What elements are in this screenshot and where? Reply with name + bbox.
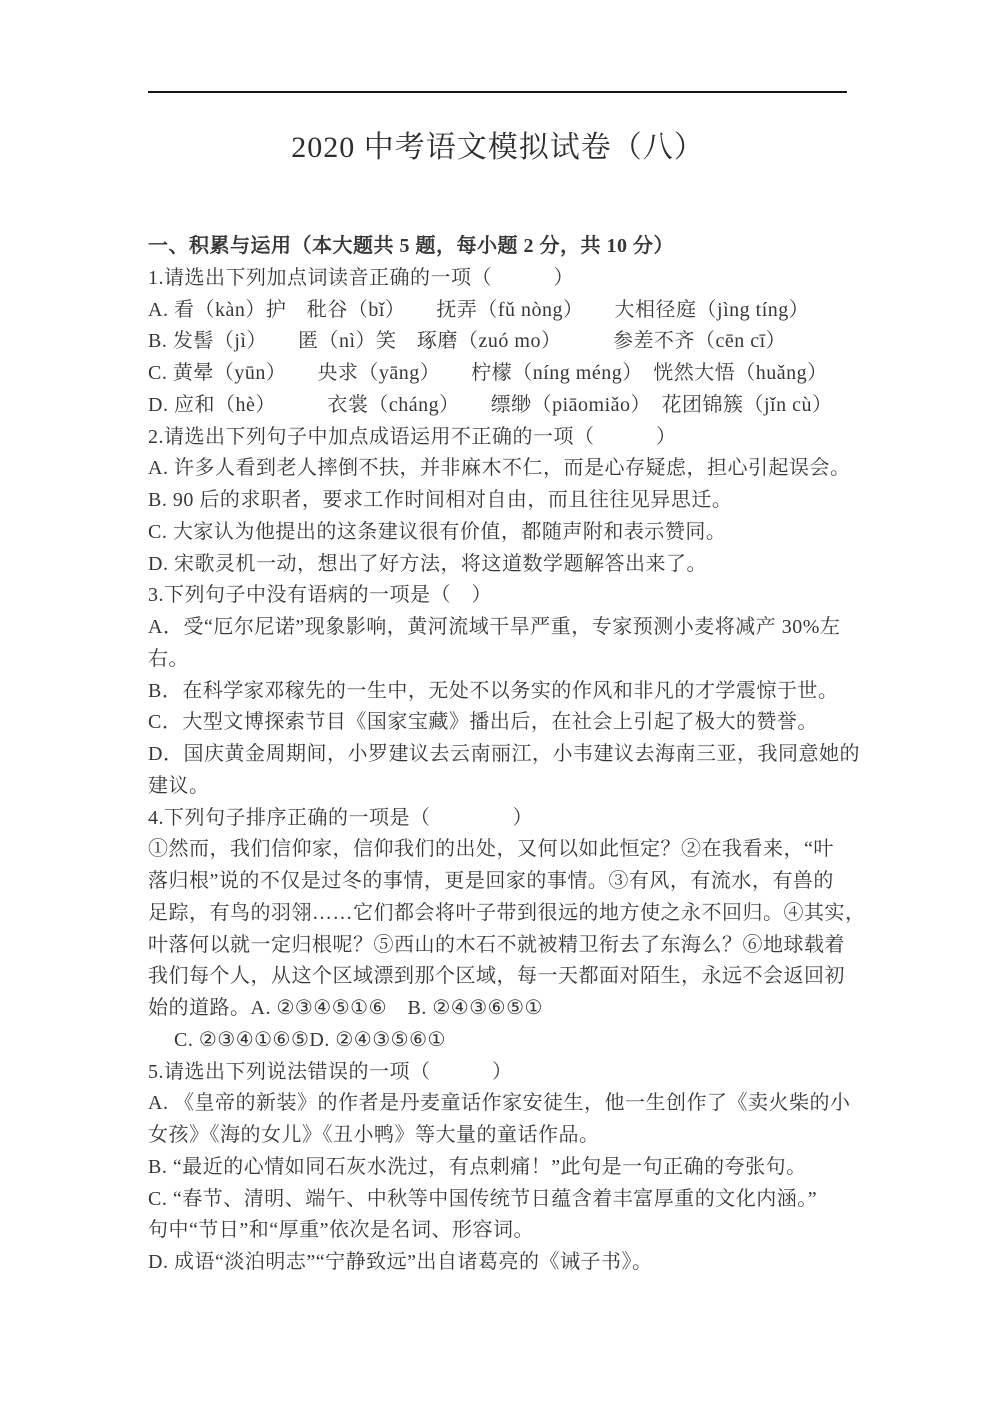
q5-option-d: D. 成语“淡泊明志”“宁静致远”出自诸葛亮的《诫子书》。 bbox=[148, 1247, 858, 1279]
header-divider bbox=[148, 91, 847, 93]
q5-option-c: C. “春节、清明、端午、中秋等中国传统节日蕴含着丰富厚重的文化内涵。” bbox=[148, 1184, 858, 1216]
q3-option-d-cont: 建议。 bbox=[148, 771, 858, 803]
q2-option-a: A. 许多人看到老人摔倒不扶，并非麻木不仁，而是心存疑虑，担心引起误会。 bbox=[148, 453, 858, 485]
q2-option-c: C. 大家认为他提出的这条建议很有价值，都随声附和表示赞同。 bbox=[148, 517, 858, 549]
q4-stem: 4.下列句子排序正确的一项是（ ） bbox=[148, 803, 858, 835]
q4-passage-line-3: 足踪，有鸟的羽翎……它们都会将叶子带到很远的地方使之永不回归。④其实， bbox=[148, 898, 858, 930]
q1-option-b: B. 发髻（jì） 匿（nì）笑 琢磨（zuó mo） 参差不齐（cēn cī） bbox=[148, 326, 858, 358]
q3-option-c: C．大型文博探索节目《国家宝藏》播出后，在社会上引起了极大的赞誉。 bbox=[148, 707, 858, 739]
q2-option-d: D. 宋歌灵机一动，想出了好方法，将这道数学题解答出来了。 bbox=[148, 549, 858, 581]
q3-stem: 3.下列句子中没有语病的一项是（ ） bbox=[148, 580, 858, 612]
q4-options-ab: 始的道路。A. ②③④⑤①⑥ B. ②④③⑥⑤① bbox=[148, 993, 858, 1025]
q2-option-b: B. 90 后的求职者，要求工作时间相对自由，而且往往见异思迁。 bbox=[148, 485, 858, 517]
q5-option-a-cont: 女孩》《海的女儿》《丑小鸭》等大量的童话作品。 bbox=[148, 1120, 858, 1152]
q4-passage-line-2: 落归根”说的不仅是过冬的事情，更是回家的事情。③有风，有流水，有兽的 bbox=[148, 866, 858, 898]
q5-option-b: B. “最近的心情如同石灰水洗过，有点刺痛！”此句是一句正确的夸张句。 bbox=[148, 1152, 858, 1184]
q1-option-c: C. 黄晕（yūn） 央求（yāng） 柠檬（níng méng） 恍然大悟（h… bbox=[148, 358, 858, 390]
q3-option-a-cont: 右。 bbox=[148, 644, 858, 676]
q3-option-d: D．国庆黄金周期间，小罗建议去云南丽江，小韦建议去海南三亚，我同意她的 bbox=[148, 739, 858, 771]
q5-stem: 5.请选出下列说法错误的一项（ ） bbox=[148, 1057, 858, 1089]
q1-option-d: D. 应和（hè） 衣裳（cháng） 缥缈（piāomiǎo） 花团锦簇（jǐ… bbox=[148, 390, 858, 422]
q1-option-a: A. 看（kàn）护 秕谷（bǐ） 抚弄（fǔ nòng） 大相径庭（jìng … bbox=[148, 295, 858, 327]
exam-title: 2020 中考语文模拟试卷（八） bbox=[148, 122, 848, 166]
q5-option-a: A. 《皇帝的新装》的作者是丹麦童话作家安徒生，他一生创作了《卖火柴的小 bbox=[148, 1088, 858, 1120]
q3-option-a: A．受“厄尔尼诺”现象影响，黄河流域干旱严重，专家预测小麦将减产 30%左 bbox=[148, 612, 858, 644]
q4-options-cd: C. ②③④①⑥⑤D. ②④③⑤⑥① bbox=[148, 1025, 858, 1057]
q1-stem: 1.请选出下列加点词读音正确的一项（ ） bbox=[148, 263, 858, 295]
q4-passage-line-4: 叶落何以就一定归根呢？⑤西山的木石不就被精卫衔去了东海么？⑥地球载着 bbox=[148, 930, 858, 962]
exam-page: 2020 中考语文模拟试卷（八） 一、积累与运用（本大题共 5 题，每小题 2 … bbox=[0, 0, 993, 1404]
q4-passage-line-5: 我们每个人，从这个区域漂到那个区域，每一天都面对陌生，永远不会返回初 bbox=[148, 961, 858, 993]
q5-option-c-cont: 句中“节日”和“厚重”依次是名词、形容词。 bbox=[148, 1215, 858, 1247]
q2-stem: 2.请选出下列句子中加点成语运用不正确的一项（ ） bbox=[148, 422, 858, 454]
q3-option-b: B．在科学家邓稼先的一生中，无处不以务实的作风和非凡的才学震惊于世。 bbox=[148, 676, 858, 708]
section-heading: 一、积累与运用（本大题共 5 题，每小题 2 分，共 10 分） bbox=[148, 231, 858, 263]
exam-body: 一、积累与运用（本大题共 5 题，每小题 2 分，共 10 分）1.请选出下列加… bbox=[148, 231, 858, 1279]
q4-passage-line-1: ①然而，我们信仰家，信仰我们的出处，又何以如此恒定？②在我看来，“叶 bbox=[148, 834, 858, 866]
